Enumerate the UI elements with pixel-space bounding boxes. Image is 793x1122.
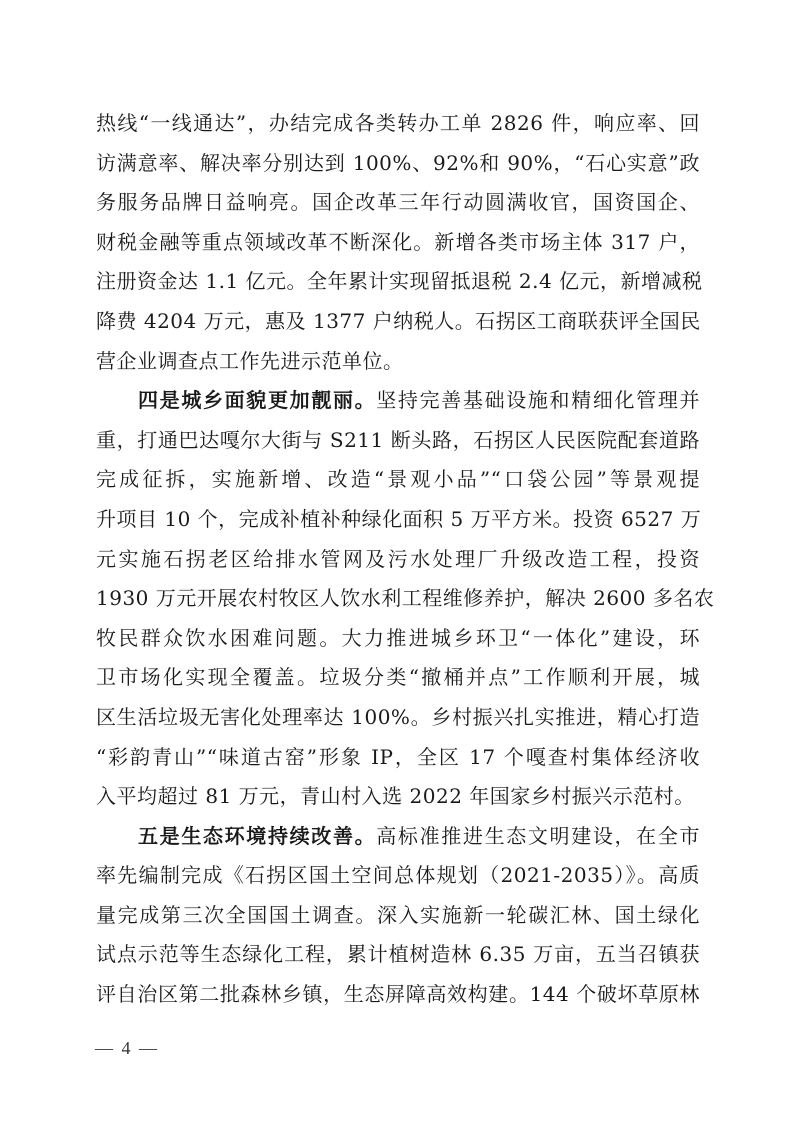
text-line: 财税金融等重点领域改革不断深化。新增各类市场主体 317 户， (96, 223, 700, 263)
body-text: 热线“一线通达”，办结完成各类转办工单 2826 件，响应率、回 访满意率、解决… (96, 104, 700, 1015)
section-first-line-text: 高标准推进生态文明建设，在全市 (376, 824, 700, 848)
section-first-line-text: 坚持完善基础设施和精细化管理并 (376, 388, 700, 412)
text-line: 完成征拆，实施新增、改造“景观小品”“口袋公园”等景观提 (96, 460, 700, 500)
text-line: “彩韵青山”“味道古窑”形象 IP，全区 17 个嘎查村集体经济收 (96, 738, 700, 778)
section-heading: 四是城乡面貌更加靓丽。 (138, 388, 376, 412)
text-line: 量完成第三次全国国土调查。深入实施新一轮碳汇林、国土绿化 (96, 896, 700, 936)
section-first-line: 五是生态环境持续改善。高标准推进生态文明建设，在全市 (96, 817, 700, 857)
text-line: 热线“一线通达”，办结完成各类转办工单 2826 件，响应率、回 (96, 104, 700, 144)
page-number: — 4 — (95, 1038, 159, 1059)
paragraph-continuation: 热线“一线通达”，办结完成各类转办工单 2826 件，响应率、回 访满意率、解决… (96, 104, 700, 381)
document-page: 热线“一线通达”，办结完成各类转办工单 2826 件，响应率、回 访满意率、解决… (0, 0, 793, 1122)
paragraph-section-four: 四是城乡面貌更加靓丽。坚持完善基础设施和精细化管理并 重，打通巴达嘎尔大街与 S… (96, 381, 700, 817)
text-line: 率先编制完成《石拐区国土空间总体规划（2021-2035）》。高质 (96, 856, 700, 896)
text-line: 营企业调查点工作先进示范单位。 (96, 342, 700, 382)
text-line: 试点示范等生态绿化工程，累计植树造林 6.35 万亩，五当召镇获 (96, 935, 700, 975)
text-line: 卫市场化实现全覆盖。垃圾分类“撤桶并点”工作顺利开展，城 (96, 658, 700, 698)
text-line: 重，打通巴达嘎尔大街与 S211 断头路，石拐区人民医院配套道路 (96, 421, 700, 461)
paragraph-section-five: 五是生态环境持续改善。高标准推进生态文明建设，在全市 率先编制完成《石拐区国土空… (96, 817, 700, 1015)
text-line: 元实施石拐老区给排水管网及污水处理厂升级改造工程，投资 (96, 540, 700, 580)
text-line: 务服务品牌日益响亮。国企改革三年行动圆满收官，国资国企、 (96, 183, 700, 223)
text-line: 牧民群众饮水困难问题。大力推进城乡环卫“一体化”建设，环 (96, 619, 700, 659)
text-line: 访满意率、解决率分别达到 100%、92%和 90%，“石心实意”政 (96, 144, 700, 184)
section-first-line: 四是城乡面貌更加靓丽。坚持完善基础设施和精细化管理并 (96, 381, 700, 421)
text-line: 降费 4204 万元，惠及 1377 户纳税人。石拐区工商联获评全国民 (96, 302, 700, 342)
text-line: 注册资金达 1.1 亿元。全年累计实现留抵退税 2.4 亿元，新增减税 (96, 262, 700, 302)
text-line: 入平均超过 81 万元，青山村入选 2022 年国家乡村振兴示范村。 (96, 777, 700, 817)
text-line: 升项目 10 个，完成补植补种绿化面积 5 万平方米。投资 6527 万 (96, 500, 700, 540)
text-line: 评自治区第二批森林乡镇，生态屏障高效构建。144 个破坏草原林 (96, 975, 700, 1015)
text-line: 1930 万元开展农村牧区人饮水利工程维修养护，解决 2600 多名农 (96, 579, 700, 619)
section-heading: 五是生态环境持续改善。 (138, 824, 376, 848)
text-line: 区生活垃圾无害化处理率达 100%。乡村振兴扎实推进，精心打造 (96, 698, 700, 738)
